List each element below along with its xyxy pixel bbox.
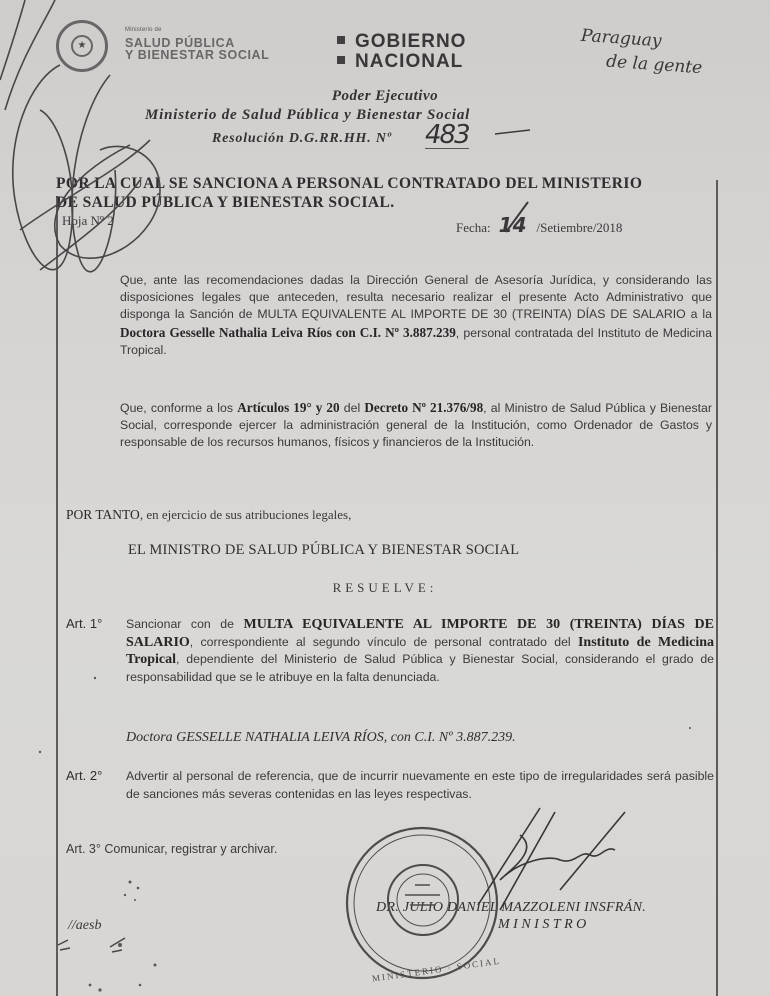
ministry-seal-logo: ★ [56,20,108,72]
considerando-1: Que, ante las recomendaciones dadas la D… [120,272,712,359]
el-ministro-heading: EL MINISTRO DE SALUD PÚBLICA Y BIENESTAR… [128,542,519,559]
por-tanto: POR TANTO, en ejercicio de sus atribucio… [66,507,351,523]
sanctioned-person: Doctora GESSELLE NATHALIA LEIVA RÍOS, co… [126,730,516,746]
article-3-body: Comunicar, registrar y archivar. [104,842,277,856]
resolution-title: POR LA CUAL SE SANCIONA A PERSONAL CONTR… [56,174,716,212]
considerando-2: Que, conforme a los Artículos 19° y 20 d… [120,399,712,452]
resolucion-label: Resolución D.G.RR.HH. Nº [212,131,392,147]
article-1-body: Sancionar con de MULTA EQUIVALENTE AL IM… [126,616,714,686]
date-month-year: /Setiembre/2018 [537,220,623,235]
text: , en ejercicio de sus atribuciones legal… [140,507,352,522]
ink-specks [39,677,691,992]
date-label: Fecha: [456,220,491,235]
star-icon: ★ [73,37,91,55]
resolucion-number: 483 [425,122,469,149]
title-line1: POR LA CUAL SE SANCIONA A PERSONAL CONTR… [56,174,716,193]
svg-text:MINISTERIO · SOCIAL: MINISTERIO · SOCIAL [371,956,501,984]
ministerio-heading: Ministerio de Salud Pública y Bienestar … [145,107,470,124]
slogan: Paraguay de la gente [578,24,704,80]
article-2-label: Art. 2° [66,768,102,783]
signer-title: MINISTRO [498,917,590,933]
bold-text: Artículos 19° y 20 [237,400,339,415]
text: , dependiente del Ministerio de Salud Pú… [126,652,714,684]
text: a la [686,307,712,321]
article-3: Art. 3° Comunicar, registrar y archivar. [66,842,277,856]
text: Que, conforme a los [120,401,237,415]
bold-text: POR TANTO [66,507,140,522]
article-1-label: Art. 1° [66,616,102,631]
square-bullet-icon [337,56,345,64]
resuelve-heading: RESUELVE: [0,580,770,596]
ministry-logo-small-text: Ministerio de [125,27,162,33]
ministry-logo-line2: Y BIENESTAR SOCIAL [125,49,269,61]
gobierno-nacional-logo: GOBIERNO NACIONAL [337,32,466,72]
margin-line-left [56,196,58,996]
page-number: Hoja Nº 2 [62,213,114,229]
text: Sancionar con de [126,617,244,631]
gobierno-line2: NACIONAL [355,51,463,72]
date-day: 14 [499,213,527,237]
slogan-line1: Paraguay [580,26,662,52]
article-3-label: Art. 3° [66,842,101,856]
initials: //aesb [68,918,101,934]
article-2-body: Advertir al personal de referencia, que … [126,768,714,803]
bold-text: Doctora Gesselle Nathalia Leiva Ríos con… [120,325,456,340]
ministry-logo-text: SALUD PÚBLICA Y BIENESTAR SOCIAL [125,37,269,61]
date: Fecha:14/Setiembre/2018 [456,213,622,237]
signer-name: DR. JULIO DANIEL MAZZOLENI INSFRÁN. [376,900,646,916]
bold-text: Decreto Nº 21.376/98 [364,400,483,415]
slogan-line2: de la gente [605,50,703,81]
gobierno-line1: GOBIERNO [355,31,466,52]
square-bullet-icon [337,36,345,44]
signature-icon [478,808,625,910]
text: del [340,401,365,415]
text: , correspondiente al segundo vínculo de … [190,635,578,649]
title-line2: DE SALUD PÚBLICA Y BIENESTAR SOCIAL. [56,193,716,212]
poder-ejecutivo: Poder Ejecutivo [0,88,770,105]
text: MULTA EQUIVALENTE AL IMPORTE DE 30 (TREI… [257,307,685,321]
